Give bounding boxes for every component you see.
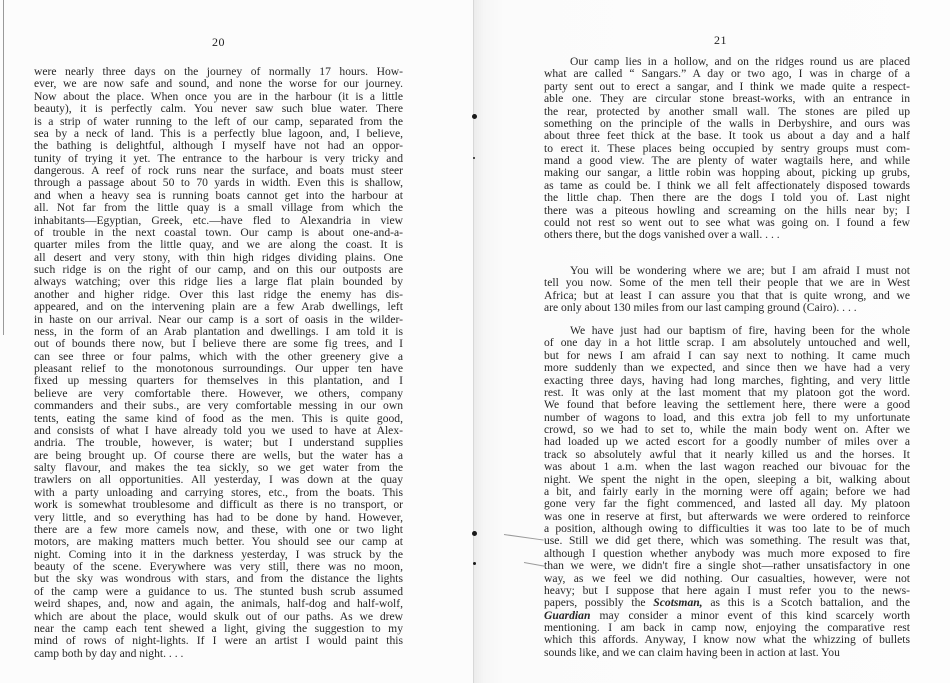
text-line: always watching; over this ridge lies a … bbox=[34, 276, 403, 288]
binding-hole bbox=[472, 531, 477, 536]
pencil-mark bbox=[504, 534, 544, 541]
text-line: are only about 130 miles from our last c… bbox=[544, 302, 910, 314]
text-line: beauty), it is perfectly calm. You never… bbox=[34, 103, 403, 115]
left-page: 20 were nearly three days on the journey… bbox=[0, 0, 474, 683]
binding-hole bbox=[473, 157, 475, 159]
right-page: 21 Our camp lies in a hollow, and on the… bbox=[474, 0, 950, 683]
paragraph-sangars: Our camp lies in a hollow, and on the ri… bbox=[544, 56, 910, 242]
paragraph-location: You will be wondering where we are; but … bbox=[544, 265, 910, 315]
pencil-mark bbox=[524, 562, 546, 567]
newspaper-title: Guardian bbox=[544, 609, 590, 622]
text-line: what are called “ Sangars.” A day or two… bbox=[544, 68, 910, 80]
binding-hole bbox=[472, 114, 477, 119]
text-line: more suddenly than we expected, and sinc… bbox=[544, 362, 910, 374]
text-line: ever, we are now safe and sound, and non… bbox=[34, 78, 403, 90]
text-line: weird shapes, and, now and again, the an… bbox=[34, 598, 403, 610]
text-line: all. Not far from the little quay is a s… bbox=[34, 202, 403, 214]
text-line: had loaded up we acted escort for a good… bbox=[544, 436, 910, 448]
gutter bbox=[473, 0, 474, 683]
text-line: trawlers on all opportunities. All yeste… bbox=[34, 474, 403, 486]
text-line: mind of rows of night-lights. If I were … bbox=[34, 635, 403, 647]
text-line: about three feet thick at the base. It t… bbox=[544, 130, 910, 142]
left-page-body: were nearly three days on the journey of… bbox=[34, 66, 403, 660]
text-line: able one. They are circular stone breast… bbox=[544, 93, 910, 105]
text-line: through a passage about 50 to 70 yards i… bbox=[34, 177, 403, 189]
text-line: of one day in a hot little scrap. I am a… bbox=[544, 337, 910, 349]
text-line: motors, are making matters much better. … bbox=[34, 536, 403, 548]
text-line: others there, but the dogs vanished over… bbox=[544, 229, 910, 241]
text-line: work is somewhat troublesome and difficu… bbox=[34, 499, 403, 511]
text-line: andria. The trouble, however, is water; … bbox=[34, 437, 403, 449]
text-line: papers, possibly the Scotsman, as this i… bbox=[544, 597, 910, 609]
text-line: We found that before leaving the settlem… bbox=[544, 399, 910, 411]
text-line: gone very far the fight commenced, and l… bbox=[544, 498, 910, 510]
newspaper-title: Scotsman, bbox=[653, 596, 702, 609]
text-line: making our sangar, a little robin was ho… bbox=[544, 167, 910, 179]
text-line: tell you now. Some of the men tell their… bbox=[544, 277, 910, 289]
text-line: the bathing is delightful, although I my… bbox=[34, 140, 403, 152]
text-line: than we were, we didn't fire a single sh… bbox=[544, 560, 910, 572]
text-line: was about 1 a.m. when the last wagon rea… bbox=[544, 461, 910, 473]
text-line: commanders and their subs., are very com… bbox=[34, 400, 403, 412]
right-page-body: Our camp lies in a hollow, and on the ri… bbox=[544, 0, 910, 683]
text-line: quarter miles from the little quay, and … bbox=[34, 239, 403, 251]
text-line: appeared, and on the intervening plain a… bbox=[34, 301, 403, 313]
book-spread: 20 were nearly three days on the journey… bbox=[0, 0, 950, 683]
text-line: out of bounds there now, but I believe t… bbox=[34, 338, 403, 350]
text-line: sounds like, and we can claim having bee… bbox=[544, 647, 910, 659]
page-edge-line bbox=[3, 0, 4, 335]
text-line: use. Still we did get there, which was s… bbox=[544, 535, 910, 547]
text-line: camp both by day and night. . . . bbox=[34, 648, 403, 660]
text-line: the little chap. Then there are the dogs… bbox=[544, 192, 910, 204]
text-line: which this affords. Anyway, I know now w… bbox=[544, 634, 910, 646]
binding-hole bbox=[473, 562, 476, 565]
text-line: but the sky was wondrous with stars, and… bbox=[34, 573, 403, 585]
paragraph-baptism-of-fire: We have just had our baptism of fire, ha… bbox=[544, 325, 910, 659]
text-line: fixed up messing quarters for themselves… bbox=[34, 375, 403, 387]
page-number: 20 bbox=[212, 35, 225, 50]
